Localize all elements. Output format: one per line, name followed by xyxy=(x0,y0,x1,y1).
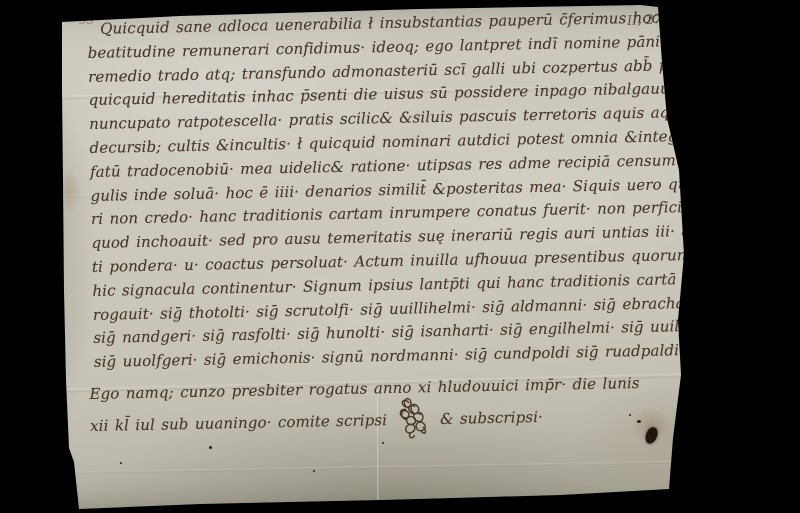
closing-line-right: & subscripsi· xyxy=(440,408,543,428)
closing-line-left: xii kl̄ iul sub uuaningo· comite scripsi xyxy=(90,411,387,435)
parchment-stain xyxy=(56,168,82,214)
charter-text-block: Quicquid sane adloca uenerabilia ł insub… xyxy=(87,8,715,438)
ink-speck xyxy=(629,414,631,416)
ink-speck xyxy=(209,446,212,449)
ink-speck xyxy=(382,442,384,444)
ink-speck xyxy=(313,470,315,472)
ink-speck xyxy=(120,462,122,464)
photo-background: 55 II, 27 Quicquid sane adloca uenerabil… xyxy=(0,0,800,513)
parchment-sheet: 55 II, 27 Quicquid sane adloca uenerabil… xyxy=(0,0,800,513)
ink-speck xyxy=(637,420,641,423)
fold-crease xyxy=(66,461,676,475)
notary-knot-monogram-icon xyxy=(397,395,432,442)
ink-blot xyxy=(644,426,660,446)
